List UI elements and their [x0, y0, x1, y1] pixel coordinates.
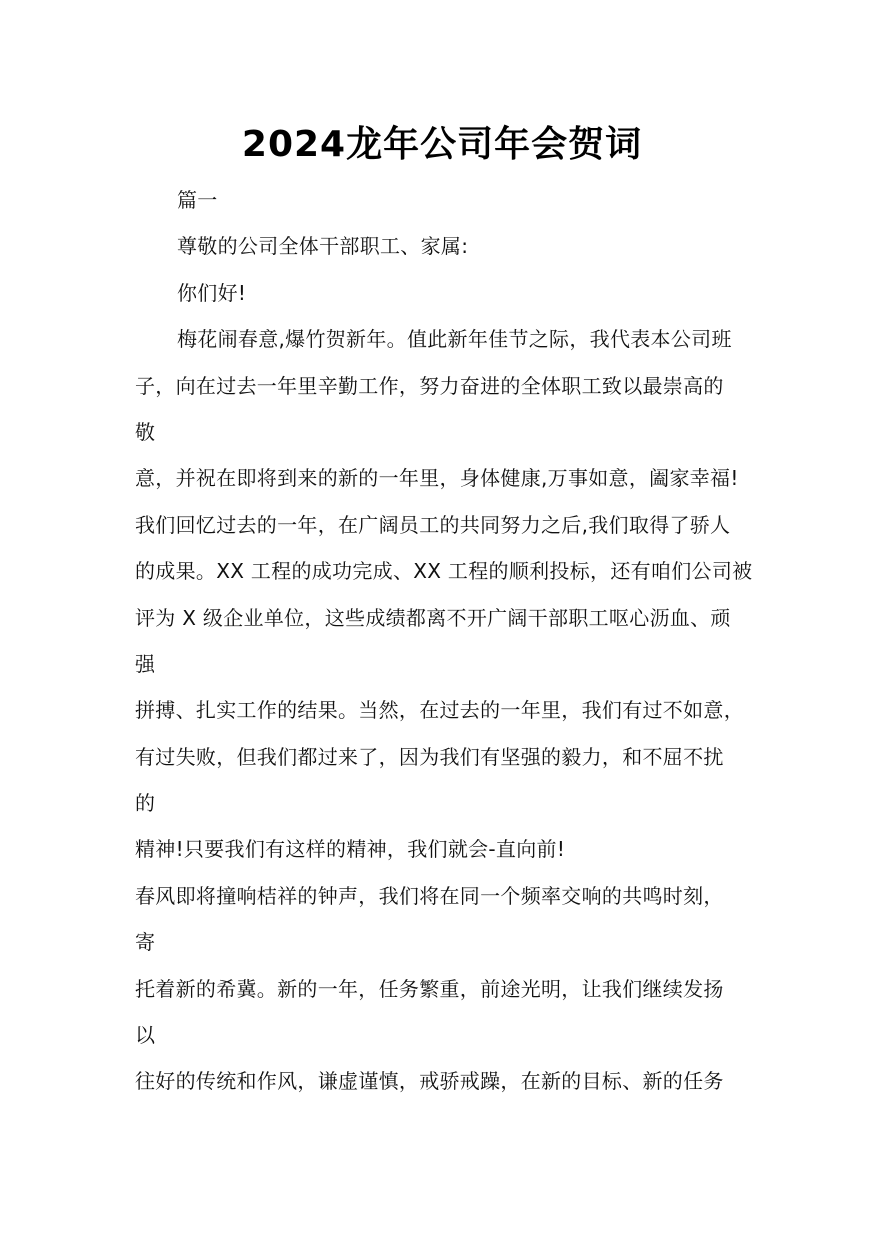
- text-line: 的: [135, 787, 751, 833]
- text-line: 拼搏、扎实工作的结果。当然，在过去的一年里，我们有过不如意，: [135, 694, 751, 740]
- text-line: 篇一: [135, 184, 751, 230]
- text-line: 托着新的希冀。新的一年，任务繁重，前途光明，让我们继续发扬: [135, 973, 751, 1019]
- text-line: 尊敬的公司全体干部职工、家属:: [135, 230, 751, 276]
- text-line: 强: [135, 648, 751, 694]
- text-line: 你们好!: [135, 277, 751, 323]
- document-page: 2024龙年公司年会贺词 篇一 尊敬的公司全体干部职工、家属: 你们好! 梅花闹…: [0, 0, 884, 1250]
- text-line: 的成果。XX 工程的成功完成、XX 工程的顺利投标，还有咱们公司被: [135, 555, 751, 601]
- text-line: 敬: [135, 416, 751, 462]
- document-title: 2024龙年公司年会贺词: [0, 120, 884, 170]
- text-line: 春风即将撞响桔祥的钟声，我们将在同一个频率交响的共鸣时刻，: [135, 880, 751, 926]
- text-line: 梅花闹春意,爆竹贺新年。值此新年佳节之际，我代表本公司班: [135, 323, 751, 369]
- text-line: 意，并祝在即将到来的新的一年里，身体健康,万事如意，阖家幸福!: [135, 462, 751, 508]
- text-line: 往好的传统和作风，谦虚谨慎，戒骄戒躁，在新的目标、新的任务: [135, 1065, 751, 1111]
- text-line: 寄: [135, 926, 751, 972]
- text-line: 评为 X 级企业单位，这些成绩都离不开广阔干部职工呕心沥血、顽: [135, 602, 751, 648]
- text-line: 精神!只要我们有这样的精神，我们就会-直向前!: [135, 833, 751, 879]
- document-body: 篇一 尊敬的公司全体干部职工、家属: 你们好! 梅花闹春意,爆竹贺新年。值此新年…: [135, 184, 751, 1112]
- text-line: 有过失败，但我们都过来了，因为我们有坚强的毅力，和不屈不扰: [135, 741, 751, 787]
- text-line: 以: [135, 1019, 751, 1065]
- text-line: 子，向在过去一年里辛勤工作，努力奋进的全体职工致以最崇高的: [135, 370, 751, 416]
- text-line: 我们回忆过去的一年，在广阔员工的共同努力之后,我们取得了骄人: [135, 509, 751, 555]
